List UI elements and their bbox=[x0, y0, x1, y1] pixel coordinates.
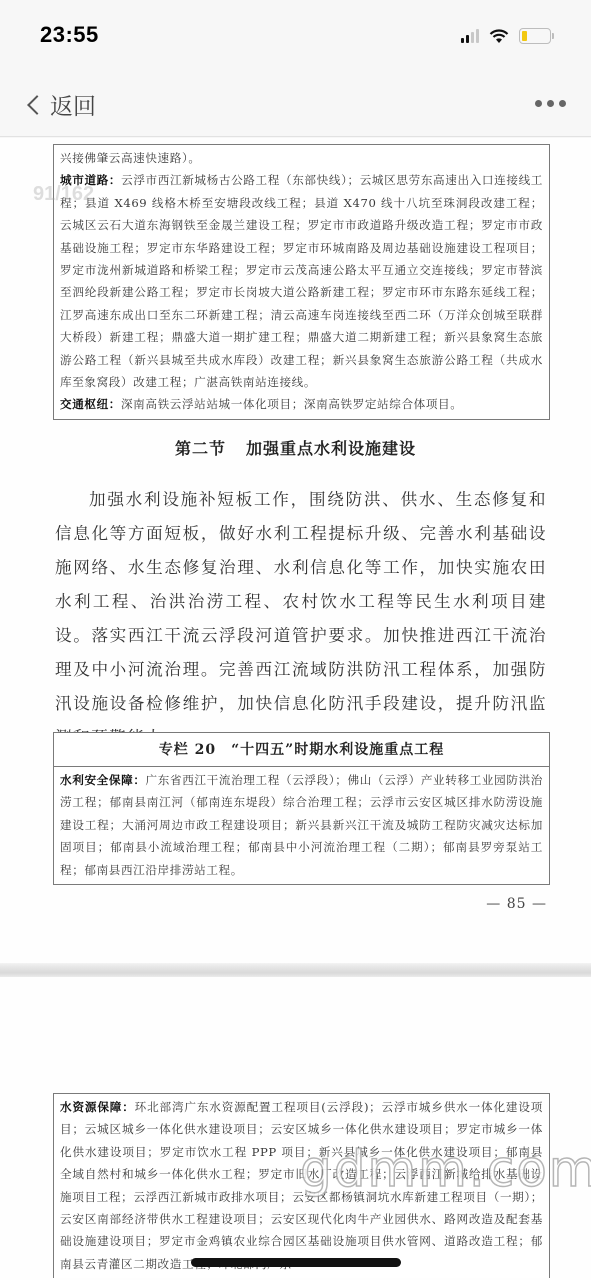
section-heading: 第二节加强重点水利设施建设 bbox=[0, 436, 591, 459]
more-dots-icon bbox=[559, 100, 566, 107]
transport-hub-text: 深南高铁云浮站站城一体化项目；深南高铁罗定站综合体项目。 bbox=[121, 397, 462, 411]
battery-icon bbox=[519, 28, 551, 44]
urban-roads-text: 云浮市西江新城杨古公路工程（东部快线）；云城区思劳东高速出入口连接线工程；县道 … bbox=[60, 173, 543, 389]
document-page-86: 水资源保障：环北部湾广东水资源配置工程项目(云浮段)；云浮市城乡供水一体化建设项… bbox=[0, 977, 591, 1280]
body-paragraph: 加强水利设施补短板工作，围绕防洪、供水、生态修复和信息化等方面短板，做好水利工程… bbox=[55, 483, 547, 755]
water-resource-label: 水资源保障： bbox=[60, 1100, 135, 1114]
water-safety-label: 水利安全保障： bbox=[60, 773, 146, 787]
box-title: 专栏 20 “十四五”时期水利设施重点工程 bbox=[54, 733, 549, 767]
document-viewer[interactable]: 兴接佛肇云高速快速路）。 城市道路：云浮市西江新城杨古公路工程（东部快线）；云城… bbox=[0, 138, 591, 1280]
more-dots-icon bbox=[535, 100, 542, 107]
box-continuation: 兴接佛肇云高速快速路）。 bbox=[60, 151, 201, 165]
document-page-85: 兴接佛肇云高速快速路）。 城市道路：云浮市西江新城杨古公路工程（东部快线）；云城… bbox=[0, 138, 591, 963]
box-text: 兴接佛肇云高速快速路）。 城市道路：云浮市西江新城杨古公路工程（东部快线）；云城… bbox=[54, 145, 549, 419]
battery-level bbox=[522, 31, 527, 41]
section-title: 加强重点水利设施建设 bbox=[246, 439, 416, 458]
wifi-icon bbox=[489, 29, 509, 44]
water-safety-text: 广东省西江干流治理工程（云浮段）；佛山（云浮）产业转移工业园防洪治涝工程；郁南县… bbox=[60, 773, 543, 877]
status-bar: 23:55 bbox=[0, 0, 591, 70]
urban-roads-label: 城市道路： bbox=[60, 173, 121, 187]
water-resource-text: 环北部湾广东水资源配置工程项目(云浮段)；云浮市城乡供水一体化建设项目；云城区城… bbox=[60, 1100, 543, 1271]
page-number: — 85 — bbox=[486, 896, 547, 912]
back-button[interactable]: 返回 bbox=[22, 88, 96, 121]
box-text: 水资源保障：环北部湾广东水资源配置工程项目(云浮段)；云浮市城乡供水一体化建设项… bbox=[54, 1094, 549, 1278]
project-box-transport: 兴接佛肇云高速快速路）。 城市道路：云浮市西江新城杨古公路工程（东部快线）；云城… bbox=[53, 144, 550, 420]
box-text: 水利安全保障：广东省西江干流治理工程（云浮段）；佛山（云浮）产业转移工业园防洪治… bbox=[54, 767, 549, 884]
home-indicator[interactable] bbox=[191, 1258, 401, 1267]
nav-bar: 返回 bbox=[0, 70, 591, 137]
project-box-water: 专栏 20 “十四五”时期水利设施重点工程 水利安全保障：广东省西江干流治理工程… bbox=[53, 732, 550, 885]
more-dots-icon bbox=[547, 100, 554, 107]
transport-hub-label: 交通枢纽： bbox=[60, 397, 121, 411]
back-label: 返回 bbox=[50, 88, 96, 121]
status-time: 23:55 bbox=[40, 22, 99, 48]
chevron-left-icon bbox=[27, 95, 47, 115]
page-separator bbox=[0, 963, 591, 977]
project-box-water-resources: 水资源保障：环北部湾广东水资源配置工程项目(云浮段)；云浮市城乡供水一体化建设项… bbox=[53, 1093, 550, 1278]
cellular-signal-icon bbox=[461, 29, 479, 43]
section-number: 第二节 bbox=[175, 439, 226, 458]
more-options-button[interactable] bbox=[535, 100, 566, 107]
status-icons bbox=[461, 28, 551, 44]
